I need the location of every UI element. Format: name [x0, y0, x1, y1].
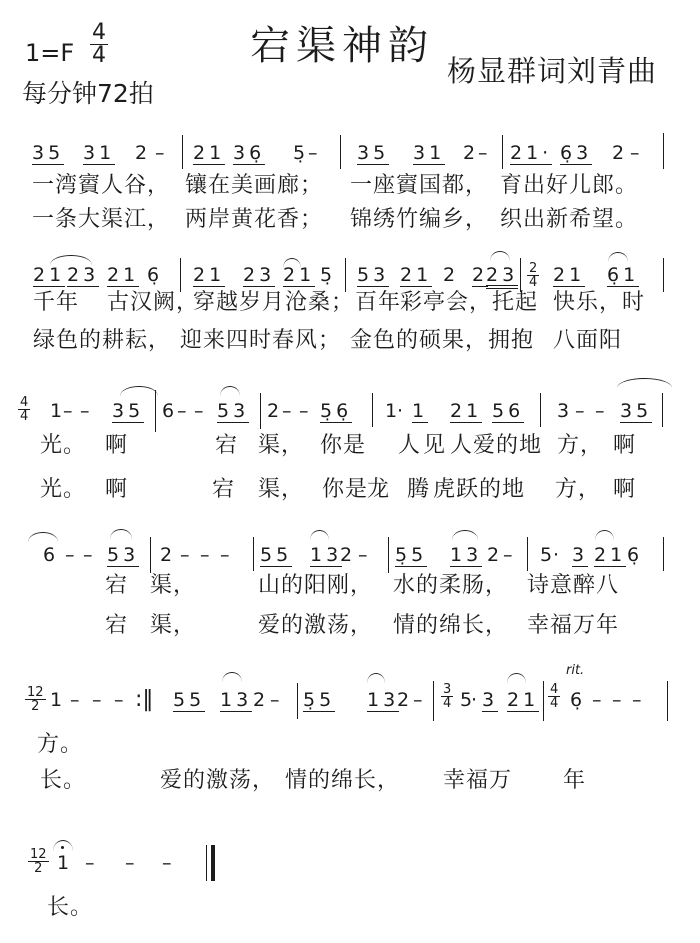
note-group: 13: [310, 545, 342, 567]
hold-dash: –: [162, 853, 176, 873]
barline: [662, 393, 663, 427]
note: 2: [397, 690, 413, 710]
note-group: 6̣3: [560, 143, 592, 165]
note-group: 23: [486, 265, 518, 289]
lyric-segment: 宕: [212, 477, 235, 503]
lyric-segment: 情的绵长，: [285, 768, 400, 794]
note-group: 35: [357, 143, 389, 165]
barline: [260, 393, 261, 429]
time-signature-bottom: 4: [92, 45, 106, 67]
slur: [507, 673, 526, 683]
hold-dash: –: [503, 545, 517, 565]
lyric-segment: 百年: [355, 290, 401, 316]
time-signature-bottom: 4: [20, 410, 28, 423]
hold-dash: –: [630, 143, 644, 163]
time-signature: 4 4: [18, 396, 30, 423]
lyric-segment: 古汉阙，: [107, 290, 199, 316]
barline: [340, 135, 341, 169]
note-group: 21: [553, 265, 585, 287]
note-group: 31: [83, 143, 115, 165]
time-signature-top: 4: [548, 683, 560, 697]
lyric-segment: 渠，: [258, 433, 304, 459]
note-group: 5̣5: [395, 545, 427, 567]
lyric-segment: 你是: [320, 433, 366, 459]
note-group: 21: [33, 265, 65, 287]
lyric-segment: 啊: [105, 433, 128, 459]
augmentation-dot: ·: [471, 690, 481, 710]
note-group: 21: [193, 143, 225, 165]
lyric-segment: 方，: [557, 433, 603, 459]
lyric-segment: 人: [398, 433, 421, 459]
hold-dash: –: [125, 853, 139, 873]
hold-dash: –: [270, 690, 284, 710]
lyric-segment: 啊: [105, 477, 128, 503]
lyric-segment: 方。: [37, 732, 83, 758]
note-group: 55: [260, 545, 292, 567]
note-group: 53: [357, 265, 389, 287]
note: 6̣: [627, 545, 643, 565]
lyric-segment: 水的柔肠，: [393, 573, 508, 599]
song-title: 宕渠神韵: [250, 24, 434, 68]
lyric-segment: 迎来四时春风；: [180, 328, 341, 354]
note: 2: [443, 265, 459, 285]
barline: [663, 537, 664, 571]
note-group: 53: [107, 545, 139, 567]
time-signature-top: 4: [18, 396, 30, 410]
note-group: 23: [67, 265, 99, 287]
lyric-segment: 腾: [407, 477, 430, 503]
hold-dash: –: [80, 401, 94, 421]
lyric-segment: 爱的激荡，: [160, 768, 275, 794]
time-signature-bottom: 4: [529, 276, 537, 289]
lyric-segment: 宕: [105, 613, 128, 639]
hold-dash: –: [194, 401, 208, 421]
barline: [663, 258, 664, 292]
note-group: 5̣5: [303, 690, 335, 712]
lyric-segment: 彩亭会，托起: [400, 290, 538, 316]
hold-dash: –: [200, 545, 214, 565]
lyric-segment: 渠，: [150, 573, 196, 599]
note: 2: [160, 545, 176, 565]
note: 5̣: [293, 143, 309, 163]
lyric-segment: 渠，: [150, 613, 196, 639]
lyric-segment: 你是: [322, 477, 368, 503]
lyric-segment: 一湾賨人谷，: [32, 173, 170, 199]
lyric-segment: 穿越岁月沧桑；: [193, 290, 354, 316]
hold-dash: –: [92, 690, 106, 710]
tempo-marking: 每分钟72拍: [22, 80, 154, 108]
note-group: 21: [594, 545, 626, 567]
hold-dash: –: [282, 401, 296, 421]
final-barline-thin: [206, 845, 207, 881]
hold-dash: –: [83, 545, 97, 565]
lyric-segment: 人爱的地: [450, 433, 542, 459]
hold-dash: –: [85, 853, 99, 873]
hold-dash: –: [478, 143, 492, 163]
barline: [345, 258, 346, 292]
note-group: 35: [620, 401, 652, 423]
ending-marker-top: 12: [28, 848, 49, 862]
hold-dash: –: [308, 143, 322, 163]
fermata-dot: [61, 846, 64, 849]
barline: [520, 258, 521, 292]
slur: [595, 530, 614, 540]
note-group: 21: [400, 265, 432, 287]
barline: [253, 537, 254, 571]
lyric-segment: 山的阳刚，: [258, 573, 373, 599]
note: 2: [463, 143, 479, 163]
time-signature-top: 2: [527, 262, 539, 276]
time-signature: 3 4: [441, 683, 453, 710]
note-group: 31: [413, 143, 445, 165]
note: 2: [135, 143, 151, 163]
time-signature: 4 4: [90, 22, 108, 67]
hold-dash: –: [180, 545, 194, 565]
note-group: 53: [217, 401, 249, 423]
key-signature: 1=F: [25, 40, 74, 66]
time-signature: 4 4: [548, 683, 560, 710]
note: 6̣: [570, 690, 586, 710]
hold-dash: –: [595, 401, 609, 421]
hold-dash: –: [299, 401, 313, 421]
lyric-segment: 啊: [613, 477, 636, 503]
note-group: 21: [507, 690, 539, 712]
hold-dash: –: [632, 690, 646, 710]
hold-dash: –: [612, 690, 626, 710]
lyric-segment: 诗意醉八: [527, 573, 619, 599]
note: 2: [612, 143, 628, 163]
lyric-segment: 爱的激荡，: [258, 613, 373, 639]
lyric-segment: 快乐，时: [553, 290, 645, 316]
lyric-segment: 宕: [215, 433, 238, 459]
note-group: 21: [283, 265, 315, 287]
barline: [527, 537, 528, 571]
composer: 刘青曲: [567, 54, 657, 88]
lyricist: 杨显群词: [447, 54, 567, 88]
note: 5̣: [320, 265, 336, 285]
note: 6: [162, 401, 178, 421]
barline: [667, 681, 668, 721]
note-group: 35: [32, 143, 64, 165]
note: 3: [572, 545, 588, 567]
lyric-segment: 绿色的耕耘，: [33, 328, 171, 354]
note: 2: [487, 545, 503, 565]
tie: [28, 532, 58, 542]
final-barline-thick: [211, 845, 215, 881]
lyric-segment: 渠，: [258, 477, 304, 503]
ending-marker: 12 2: [28, 848, 49, 875]
lyric-segment: 锦绣竹编乡，: [350, 207, 488, 233]
lyric-segment: 长。: [40, 768, 86, 794]
lyric-segment: 织出新希望。: [500, 207, 638, 233]
barline: [433, 681, 434, 721]
lyric-segment: 宕: [105, 573, 128, 599]
time-signature-bottom: 4: [443, 697, 451, 710]
time-signature-bottom: 4: [550, 697, 558, 710]
ending-marker: 12 2: [25, 686, 46, 713]
slur: [490, 251, 510, 261]
repeat-end-sign: :‖: [135, 688, 153, 712]
note-group: 55: [173, 690, 205, 712]
barline: [180, 258, 181, 292]
time-signature-top: 3: [441, 683, 453, 697]
note: 6: [43, 545, 59, 565]
note: 2: [267, 401, 283, 421]
ending-marker-bottom: 2: [31, 700, 39, 713]
lyric-segment: 金色的硕果，拥抱: [350, 328, 534, 354]
barline: [155, 390, 156, 432]
ending-marker-top: 12: [25, 686, 46, 700]
slur: [310, 530, 329, 540]
hold-dash: –: [220, 545, 234, 565]
barline: [297, 683, 298, 719]
note: 6̣: [147, 265, 163, 285]
note-group: 13: [367, 690, 399, 712]
hold-dash: –: [70, 690, 84, 710]
slur: [110, 529, 132, 539]
score-page: 1=F 4 4 每分钟72拍 宕渠神韵 杨显群词刘青曲 35 31 2 – 21…: [0, 0, 700, 943]
slur: [452, 530, 478, 540]
hold-dash: –: [65, 545, 79, 565]
barline: [540, 393, 541, 427]
slur: [222, 672, 242, 682]
lyric-segment: 年: [563, 768, 586, 794]
barline: [388, 537, 389, 573]
note-group: 36̣: [233, 143, 265, 165]
slur: [220, 386, 240, 396]
note-group: 13: [220, 690, 252, 712]
ending-marker-bottom: 2: [34, 862, 42, 875]
hold-dash: –: [575, 401, 589, 421]
barline: [182, 135, 183, 169]
lyric-segment: 光。: [40, 433, 86, 459]
augmentation-dot: ·: [553, 545, 563, 565]
lyric-segment: 八面阳: [553, 328, 622, 354]
note-group: 21·: [510, 143, 552, 165]
hold-dash: –: [155, 143, 169, 163]
lyric-segment: 情的绵长，: [393, 613, 508, 639]
hold-dash: –: [413, 690, 427, 710]
lyric-segment: 方，: [555, 477, 601, 503]
barline: [663, 133, 664, 169]
lyric-segment: 一座賨国都，: [350, 173, 488, 199]
note: 2: [340, 545, 356, 565]
hold-dash: –: [114, 690, 128, 710]
barline: [372, 393, 373, 427]
hold-dash: –: [177, 401, 191, 421]
slur: [120, 386, 158, 396]
note: 3: [557, 401, 573, 421]
barline: [150, 537, 151, 573]
lyric-segment: 光。: [40, 477, 86, 503]
lyric-segment: 千年: [33, 290, 79, 316]
lyric-segment: 虎跃的地: [433, 477, 525, 503]
lyric-segment: 长。: [47, 895, 93, 921]
credits: 杨显群词刘青曲: [447, 55, 657, 87]
lyric-segment: 见: [423, 433, 446, 459]
note-group: 56: [492, 401, 524, 423]
note-group: 35: [112, 401, 144, 423]
ritardando-marking: rit.: [566, 664, 584, 678]
lyric-segment: 啊: [613, 433, 636, 459]
lyric-segment: 镶在美画廊；: [185, 173, 323, 199]
lyric-segment: 幸福万年: [527, 613, 619, 639]
note: 1: [412, 401, 428, 423]
note: 1: [50, 690, 66, 710]
note-group: 5̣6̣: [320, 401, 352, 423]
time-signature: 2 4: [527, 262, 539, 289]
hold-dash: –: [592, 690, 606, 710]
lyric-segment: 育出好儿郎。: [500, 173, 638, 199]
lyric-segment: 幸福万: [443, 768, 512, 794]
barline: [502, 135, 503, 169]
note-group: 13: [450, 545, 482, 567]
augmentation-dot: ·: [397, 401, 407, 421]
note-group: 21: [193, 265, 225, 287]
hold-dash: –: [63, 401, 77, 421]
note-group: 6̣1: [607, 265, 639, 287]
note: 1: [57, 853, 73, 873]
slur: [617, 378, 672, 388]
lyric-segment: 龙: [367, 477, 390, 503]
hold-dash: –: [358, 545, 372, 565]
time-signature-top: 4: [90, 22, 108, 45]
note-group: 23: [243, 265, 275, 287]
slur: [367, 673, 385, 683]
barline: [543, 681, 544, 721]
note: 2: [253, 690, 269, 710]
lyric-segment: 一条大渠江，: [32, 207, 170, 233]
note-group: 21: [107, 265, 139, 287]
lyric-segment: 两岸黄花香；: [185, 207, 323, 233]
slur: [608, 252, 628, 262]
note-group: 21: [450, 401, 482, 423]
note: 3: [482, 690, 498, 712]
